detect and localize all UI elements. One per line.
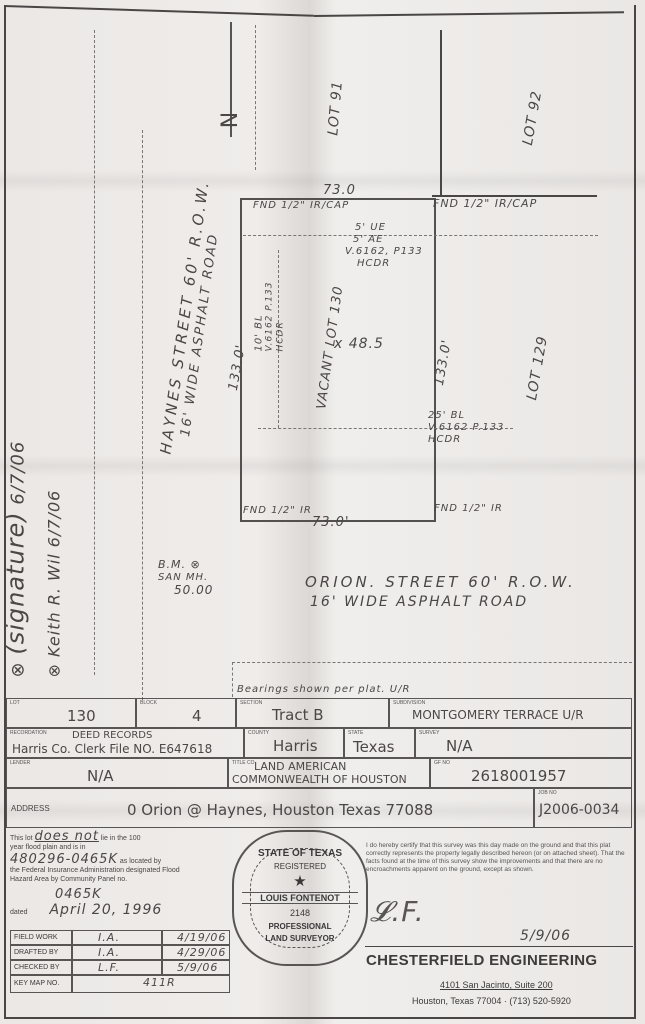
work-log-row: DRAFTED BY I.A. 4/29/06 bbox=[10, 945, 230, 960]
south-bl-note: 25' BL V.6162 P.133 HCDR bbox=[428, 410, 504, 446]
survey-cell: SURVEY N/A bbox=[415, 728, 632, 758]
recordation-cell: RECORDATION DEED RECORDS Harris Co. Cler… bbox=[6, 728, 244, 758]
monument-se: FND 1/2" IR bbox=[434, 503, 503, 514]
dim-north: 73.0 bbox=[323, 183, 356, 198]
work-log-table: FIELD WORK I.A. 4/19/06 DRAFTED BY I.A. … bbox=[10, 930, 230, 993]
work-log-row: KEY MAP NO. 411R bbox=[10, 975, 230, 993]
section-cell: SECTION Tract B bbox=[236, 698, 389, 728]
surveyor-signature: 𝓛.F. bbox=[370, 895, 425, 929]
block-cell: BLOCK 4 bbox=[136, 698, 236, 728]
benchmark-note: B.M. ⊗ SAN MH. 50.00 bbox=[158, 558, 213, 597]
certification-text: I do hereby certify that this survey was… bbox=[366, 842, 634, 874]
job-number-cell: JOB NO J2006-0034 bbox=[534, 788, 632, 828]
lot-line-91-92 bbox=[440, 30, 442, 195]
dim-south: 73.0' bbox=[312, 515, 350, 530]
lender-cell: LENDER N/A bbox=[6, 758, 228, 788]
west-bl-note: 10' BL V.6162 P.133 HCDR bbox=[253, 282, 286, 352]
flood-zone-statement: This lot does not lie in the 100 year fl… bbox=[10, 832, 225, 917]
gf-number-cell: GF NO 2618001957 bbox=[430, 758, 632, 788]
benchmark-icon: ⊗ bbox=[191, 558, 201, 571]
title-block: LOT 130 BLOCK 4 SECTION Tract B SUBDIVIS… bbox=[6, 698, 632, 828]
north-arrow-label: N bbox=[218, 111, 243, 128]
bearings-note: Bearings shown per plat. U/R bbox=[237, 684, 410, 695]
firm-address-line2: Houston, Texas 77004 · (713) 520-5920 bbox=[412, 996, 571, 1006]
monument-nw: FND 1/2" IR/CAP bbox=[253, 200, 349, 211]
firm-address-line1: 4101 San Jacinto, Suite 200 bbox=[440, 980, 553, 990]
monument-ne: FND 1/2" IR/CAP bbox=[433, 197, 537, 210]
title-company-cell: TITLE CO LAND AMERICAN COMMONWEALTH OF H… bbox=[228, 758, 430, 788]
orion-street-label: ORION. STREET 60' R.O.W. 16' WIDE ASPHAL… bbox=[305, 572, 576, 612]
signature-line bbox=[365, 946, 633, 947]
star-icon: ★ bbox=[234, 872, 366, 890]
work-log-row: FIELD WORK I.A. 4/19/06 bbox=[10, 930, 230, 945]
north-easement-note: 5' UE 5' AE V.6162, P133 HCDR bbox=[345, 222, 423, 270]
address-cell: ADDRESS 0 Orion @ Haynes, Houston Texas … bbox=[6, 788, 534, 828]
subdivision-cell: SUBDIVISION MONTGOMERY TERRACE U/R bbox=[389, 698, 632, 728]
surveyor-seal: STATE OF TEXAS REGISTERED ★ LOUIS FONTEN… bbox=[232, 830, 368, 966]
row-line-west bbox=[94, 30, 95, 675]
county-cell: COUNTY Harris bbox=[244, 728, 344, 758]
margin-signature-1: ⊗ (signature) 6/7/06 bbox=[0, 418, 37, 678]
lot-cell: LOT 130 bbox=[6, 698, 136, 728]
work-log-row: CHECKED BY L.F. 5/9/06 bbox=[10, 960, 230, 975]
row-line-haynes bbox=[142, 130, 143, 700]
monument-sw: FND 1/2" IR bbox=[243, 505, 312, 516]
state-cell: STATE Texas bbox=[344, 728, 415, 758]
circled-x-icon: ⊗ bbox=[45, 663, 64, 677]
margin-signature-2: ⊗ Keith R. Wil 6/7/06 bbox=[37, 418, 73, 678]
margin-signatures: ⊗ (signature) 6/7/06 ⊗ Keith R. Wil 6/7/… bbox=[0, 418, 73, 678]
lot-line bbox=[255, 25, 256, 170]
north-arrow: N bbox=[222, 22, 238, 137]
firm-name: CHESTERFIELD ENGINEERING bbox=[366, 952, 597, 969]
orion-row-corner bbox=[232, 662, 233, 697]
spot-elevation: x 48.5 bbox=[334, 336, 384, 352]
certification-date: 5/9/06 bbox=[520, 928, 571, 944]
orion-row-line bbox=[232, 662, 632, 663]
circled-x-icon: ⊗ bbox=[8, 661, 29, 677]
